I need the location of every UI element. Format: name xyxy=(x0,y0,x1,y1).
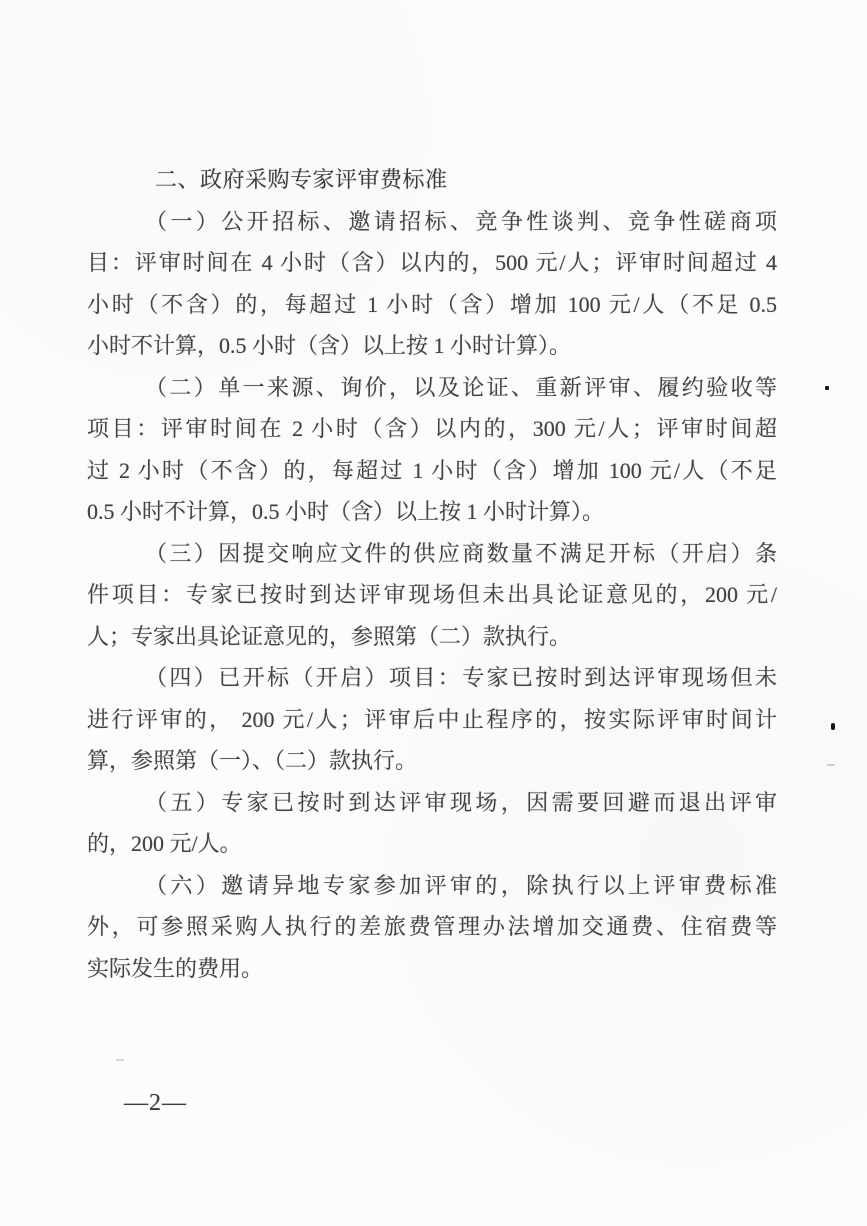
text-line: （三）因提交响应文件的供应商数量不满足开标（开启）条 xyxy=(87,533,777,575)
scan-speck xyxy=(831,723,835,730)
text-line: 过 2 小时（不含）的，每超过 1 小时（含）增加 100 元/人（不足 xyxy=(87,450,777,492)
document-body: 二、政府采购专家评审费标准 （一）公开招标、邀请招标、竞争性谈判、竞争性磋商项 … xyxy=(87,159,777,989)
text-line: 项目：评审时间在 2 小时（含）以内的，300 元/人；评审时间超 xyxy=(87,408,777,450)
text-line: （一）公开招标、邀请招标、竞争性谈判、竞争性磋商项 xyxy=(87,201,777,243)
text-line: （四）已开标（开启）项目：专家已按时到达评审现场但未 xyxy=(87,657,777,699)
text-line: 小时（不含）的，每超过 1 小时（含）增加 100 元/人（不足 0.5 xyxy=(87,284,777,326)
text-line: 人；专家出具论证意见的，参照第（二）款执行。 xyxy=(87,616,777,658)
scan-speck xyxy=(825,386,829,390)
scan-speck xyxy=(827,764,835,766)
text-line: 目：评审时间在 4 小时（含）以内的，500 元/人；评审时间超过 4 xyxy=(87,242,777,284)
text-line: 小时不计算，0.5 小时（含）以上按 1 小时计算）。 xyxy=(87,325,777,367)
text-line: 外，可参照采购人执行的差旅费管理办法增加交通费、住宿费等 xyxy=(87,906,777,948)
text-line: 件项目：专家已按时到达评审现场但未出具论证意见的，200 元/ xyxy=(87,574,777,616)
text-line: （五）专家已按时到达评审现场，因需要回避而退出评审 xyxy=(87,782,777,824)
page-number: —2— xyxy=(124,1083,187,1124)
text-line: 的，200 元/人。 xyxy=(87,823,777,865)
text-line: 0.5 小时不计算，0.5 小时（含）以上按 1 小时计算）。 xyxy=(87,491,777,533)
scan-speck xyxy=(116,1059,124,1061)
text-line: （二）单一来源、询价，以及论证、重新评审、履约验收等 xyxy=(87,367,777,409)
section-heading: 二、政府采购专家评审费标准 xyxy=(87,159,777,201)
text-line: 进行评审的， 200 元/人；评审后中止程序的，按实际评审时间计 xyxy=(87,699,777,741)
text-line: 算，参照第（一）、（二）款执行。 xyxy=(87,740,777,782)
text-line: （六）邀请异地专家参加评审的，除执行以上评审费标准 xyxy=(87,865,777,907)
scanned-document-page: 二、政府采购专家评审费标准 （一）公开招标、邀请招标、竞争性谈判、竞争性磋商项 … xyxy=(0,0,867,1226)
text-line: 实际发生的费用。 xyxy=(87,948,777,990)
